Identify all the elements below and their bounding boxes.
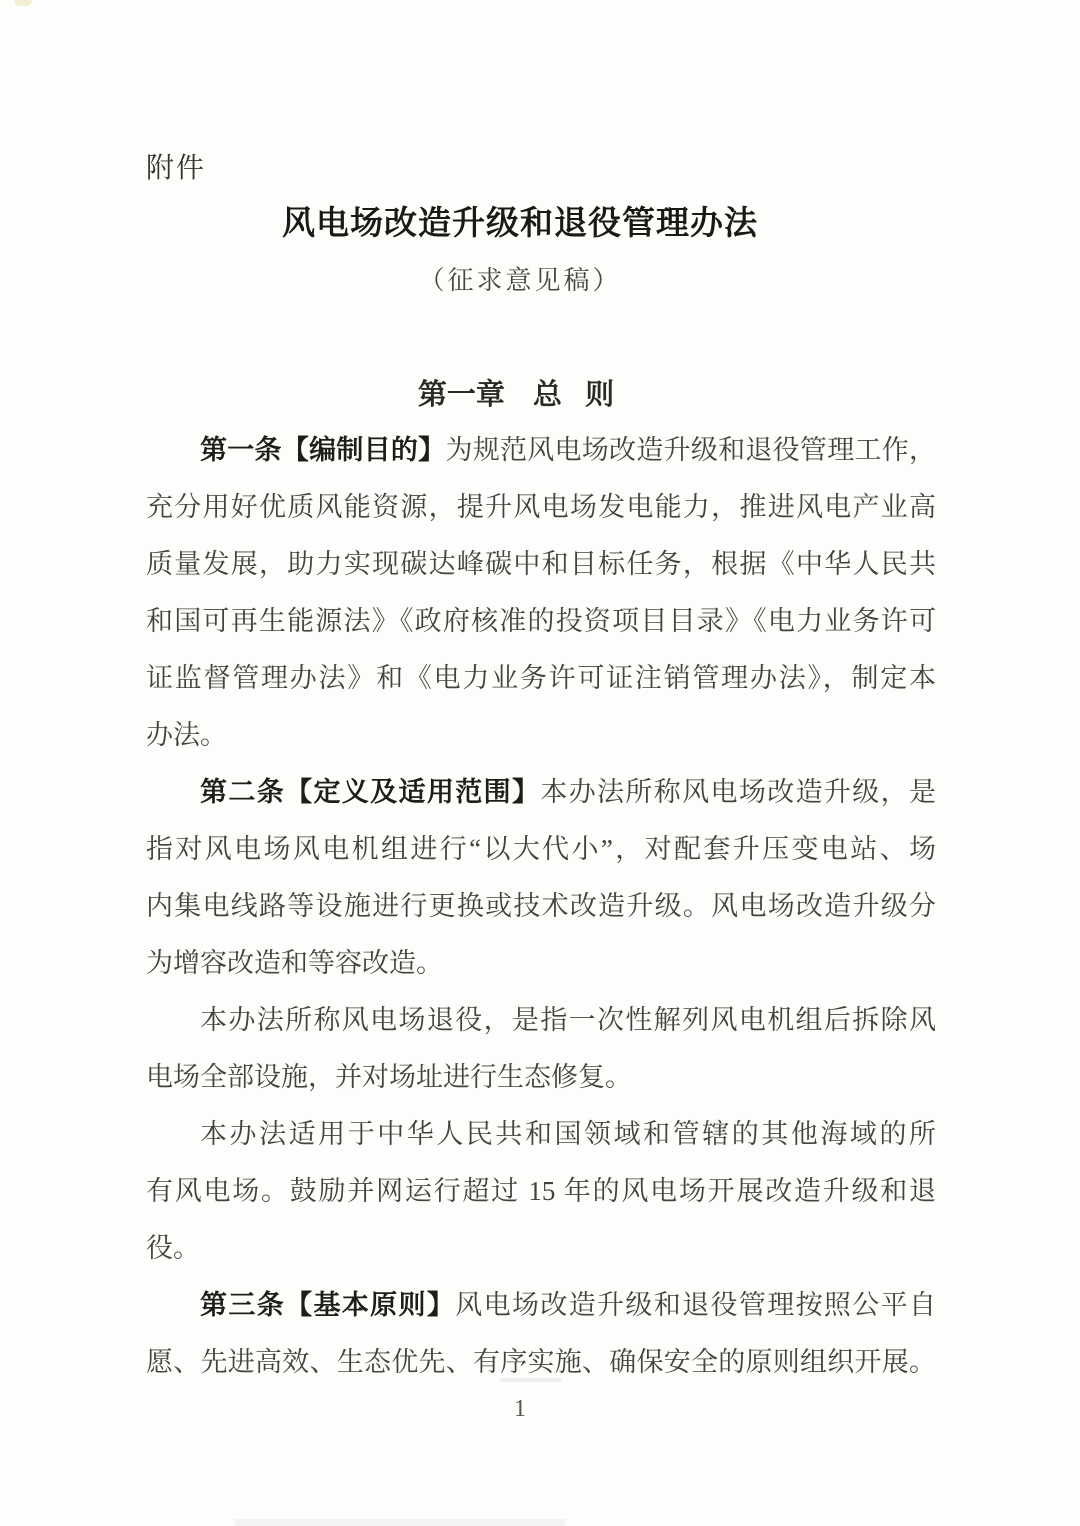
article-2-label: 第二条【定义及适用范围】 [200, 777, 540, 807]
body-line: 愿、先进高效、生态优先、有序实施、确保安全的原则组织开展。 [146, 1334, 936, 1391]
line-text: 内集电线路等设施进行更换或技术改造升级。风电场改造升级分 [146, 891, 936, 921]
body-line: 和国可再生能源法》《政府核准的投资项目目录》《电力业务许可 [146, 593, 936, 650]
line-text: 风电场改造升级和退役管理按照公平自 [455, 1290, 936, 1320]
body-line: 第一条【编制目的】为规范风电场改造升级和退役管理工作， [146, 422, 936, 479]
chapter-heading: 第一章总 则 [100, 372, 940, 413]
line-text: 本办法所称风电场退役，是指一次性解列风电机组后拆除风 [200, 1005, 936, 1035]
scan-artifact-above-page-number [500, 1378, 562, 1382]
scan-edge-artifact [235, 1519, 565, 1526]
body-line: 办法。 [146, 707, 936, 764]
line-text: 和国可再生能源法》《政府核准的投资项目目录》《电力业务许可 [146, 606, 936, 636]
body-line: 第二条【定义及适用范围】本办法所称风电场改造升级，是 [146, 764, 936, 821]
body-line: 证监督管理办法》和《电力业务许可证注销管理办法》，制定本 [146, 650, 936, 707]
chapter-number: 第一章 [418, 379, 505, 411]
document-page: 附件 风电场改造升级和退役管理办法 （征求意见稿） 第一章总 则 第一条【编制目… [0, 0, 1080, 1526]
line-text: 办法。 [146, 720, 227, 750]
body-line: 质量发展，助力实现碳达峰碳中和目标任务，根据《中华人民共 [146, 536, 936, 593]
body-line: 内集电线路等设施进行更换或技术改造升级。风电场改造升级分 [146, 878, 936, 935]
body-line: 为增容改造和等容改造。 [146, 935, 936, 992]
document-title: 风电场改造升级和退役管理办法 [100, 197, 940, 244]
line-text: 质量发展，助力实现碳达峰碳中和目标任务，根据《中华人民共 [146, 549, 936, 579]
body-line: 指对风电场风电机组进行“以大代小”，对配套升压变电站、场 [146, 821, 936, 878]
body-line: 役。 [146, 1220, 936, 1277]
line-text: 电场全部设施，并对场址进行生态修复。 [146, 1062, 632, 1092]
document-body: 第一条【编制目的】为规范风电场改造升级和退役管理工作， 充分用好优质风能资源，提… [146, 422, 936, 1391]
line-text: 指对风电场风电机组进行“以大代小”，对配套升压变电站、场 [146, 834, 936, 864]
chapter-title: 总 则 [533, 379, 622, 411]
body-line: 电场全部设施，并对场址进行生态修复。 [146, 1049, 936, 1106]
article-1-label: 第一条【编制目的】 [200, 435, 445, 465]
body-line: 有风电场。鼓励并网运行超过 15 年的风电场开展改造升级和退 [146, 1163, 936, 1220]
page-number: 1 [100, 1396, 940, 1423]
scan-artifact-top-left [14, 0, 32, 6]
line-text: 充分用好优质风能资源，提升风电场发电能力，推进风电产业高 [146, 492, 936, 522]
line-text: 役。 [146, 1233, 200, 1263]
line-text: 为增容改造和等容改造。 [146, 948, 443, 978]
line-text: 本办法所称风电场改造升级，是 [540, 777, 936, 807]
document-subtitle: （征求意见稿） [100, 260, 940, 297]
body-line: 第三条【基本原则】风电场改造升级和退役管理按照公平自 [146, 1277, 936, 1334]
line-text: 为规范风电场改造升级和退役管理工作， [445, 435, 936, 465]
line-text: 愿、先进高效、生态优先、有序实施、确保安全的原则组织开展。 [146, 1347, 936, 1377]
line-text: 本办法适用于中华人民共和国领域和管辖的其他海域的所 [200, 1119, 936, 1149]
body-line: 充分用好优质风能资源，提升风电场发电能力，推进风电产业高 [146, 479, 936, 536]
article-3-label: 第三条【基本原则】 [200, 1290, 455, 1320]
attachment-label: 附件 [146, 146, 206, 186]
line-text: 有风电场。鼓励并网运行超过 15 年的风电场开展改造升级和退 [146, 1176, 936, 1206]
body-line: 本办法所称风电场退役，是指一次性解列风电机组后拆除风 [146, 992, 936, 1049]
body-line: 本办法适用于中华人民共和国领域和管辖的其他海域的所 [146, 1106, 936, 1163]
line-text: 证监督管理办法》和《电力业务许可证注销管理办法》，制定本 [146, 663, 936, 693]
